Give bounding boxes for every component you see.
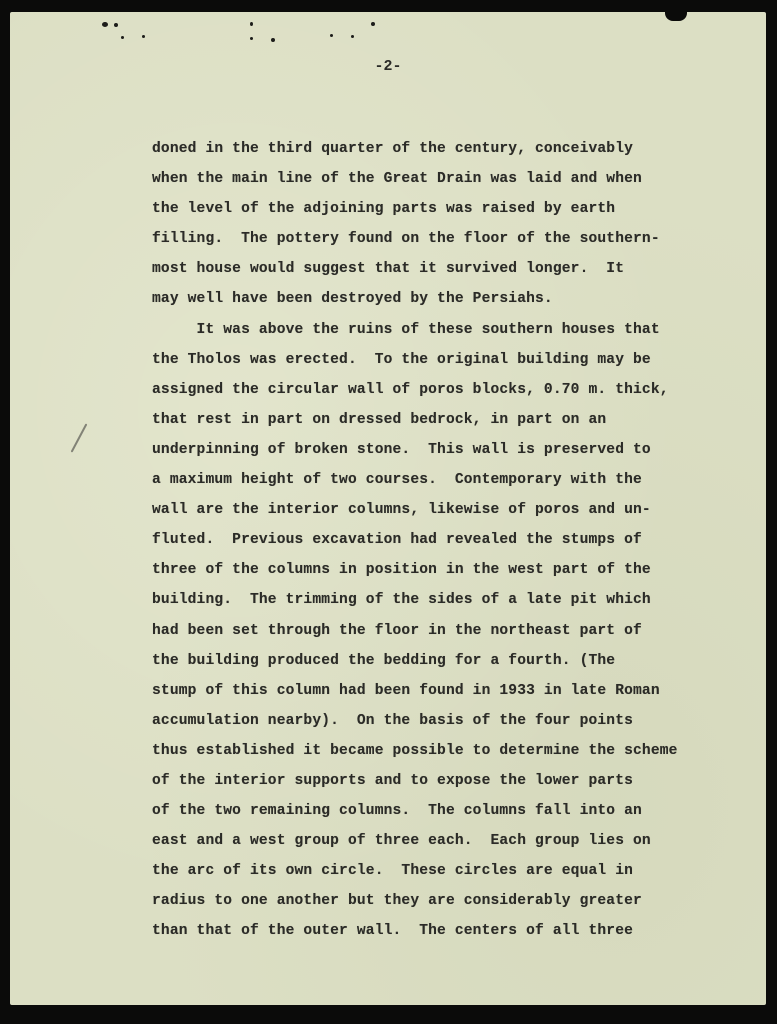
text-line: building. The trimming of the sides of a… bbox=[152, 585, 752, 615]
text-line: a maximum height of two courses. Contemp… bbox=[152, 465, 752, 495]
text-line: three of the columns in position in the … bbox=[152, 555, 752, 585]
punch-mark bbox=[351, 35, 354, 38]
text-line: when the main line of the Great Drain wa… bbox=[152, 164, 752, 194]
text-line: stump of this column had been found in 1… bbox=[152, 676, 752, 706]
text-line: the Tholos was erected. To the original … bbox=[152, 345, 752, 375]
punch-mark bbox=[250, 22, 253, 26]
punch-mark bbox=[142, 35, 145, 38]
text-line: doned in the third quarter of the centur… bbox=[152, 134, 752, 164]
text-line: fluted. Previous excavation had revealed… bbox=[152, 525, 752, 555]
punch-mark bbox=[121, 36, 124, 39]
text-line: of the interior supports and to expose t… bbox=[152, 766, 752, 796]
text-line: underpinning of broken stone. This wall … bbox=[152, 435, 752, 465]
text-line: east and a west group of three each. Eac… bbox=[152, 826, 752, 856]
torn-corner bbox=[665, 12, 687, 21]
punch-mark bbox=[371, 22, 375, 26]
punch-mark bbox=[250, 37, 253, 40]
punch-mark bbox=[114, 23, 118, 27]
body-text: doned in the third quarter of the centur… bbox=[152, 134, 752, 947]
text-line: that rest in part on dressed bedrock, in… bbox=[152, 405, 752, 435]
text-line: radius to one another but they are consi… bbox=[152, 886, 752, 916]
text-line: the arc of its own circle. These circles… bbox=[152, 856, 752, 886]
text-line: most house would suggest that it survive… bbox=[152, 254, 752, 284]
document-page: -2- doned in the third quarter of the ce… bbox=[10, 12, 766, 1005]
pencil-mark bbox=[71, 423, 88, 452]
text-line: of the two remaining columns. The column… bbox=[152, 796, 752, 826]
text-line: may well have been destroyed by the Pers… bbox=[152, 284, 752, 314]
text-line: It was above the ruins of these southern… bbox=[152, 315, 752, 345]
text-line: than that of the outer wall. The centers… bbox=[152, 916, 752, 946]
text-line: the level of the adjoining parts was rai… bbox=[152, 194, 752, 224]
text-line: wall are the interior columns, likewise … bbox=[152, 495, 752, 525]
text-line: thus established it became possible to d… bbox=[152, 736, 752, 766]
text-line: accumulation nearby). On the basis of th… bbox=[152, 706, 752, 736]
text-line: the building produced the bedding for a … bbox=[152, 646, 752, 676]
text-line: filling. The pottery found on the floor … bbox=[152, 224, 752, 254]
punch-mark bbox=[330, 34, 333, 37]
punch-mark bbox=[102, 22, 108, 27]
page-number: -2- bbox=[10, 58, 766, 75]
text-line: had been set through the floor in the no… bbox=[152, 616, 752, 646]
text-line: assigned the circular wall of poros bloc… bbox=[152, 375, 752, 405]
punch-mark bbox=[271, 38, 275, 42]
